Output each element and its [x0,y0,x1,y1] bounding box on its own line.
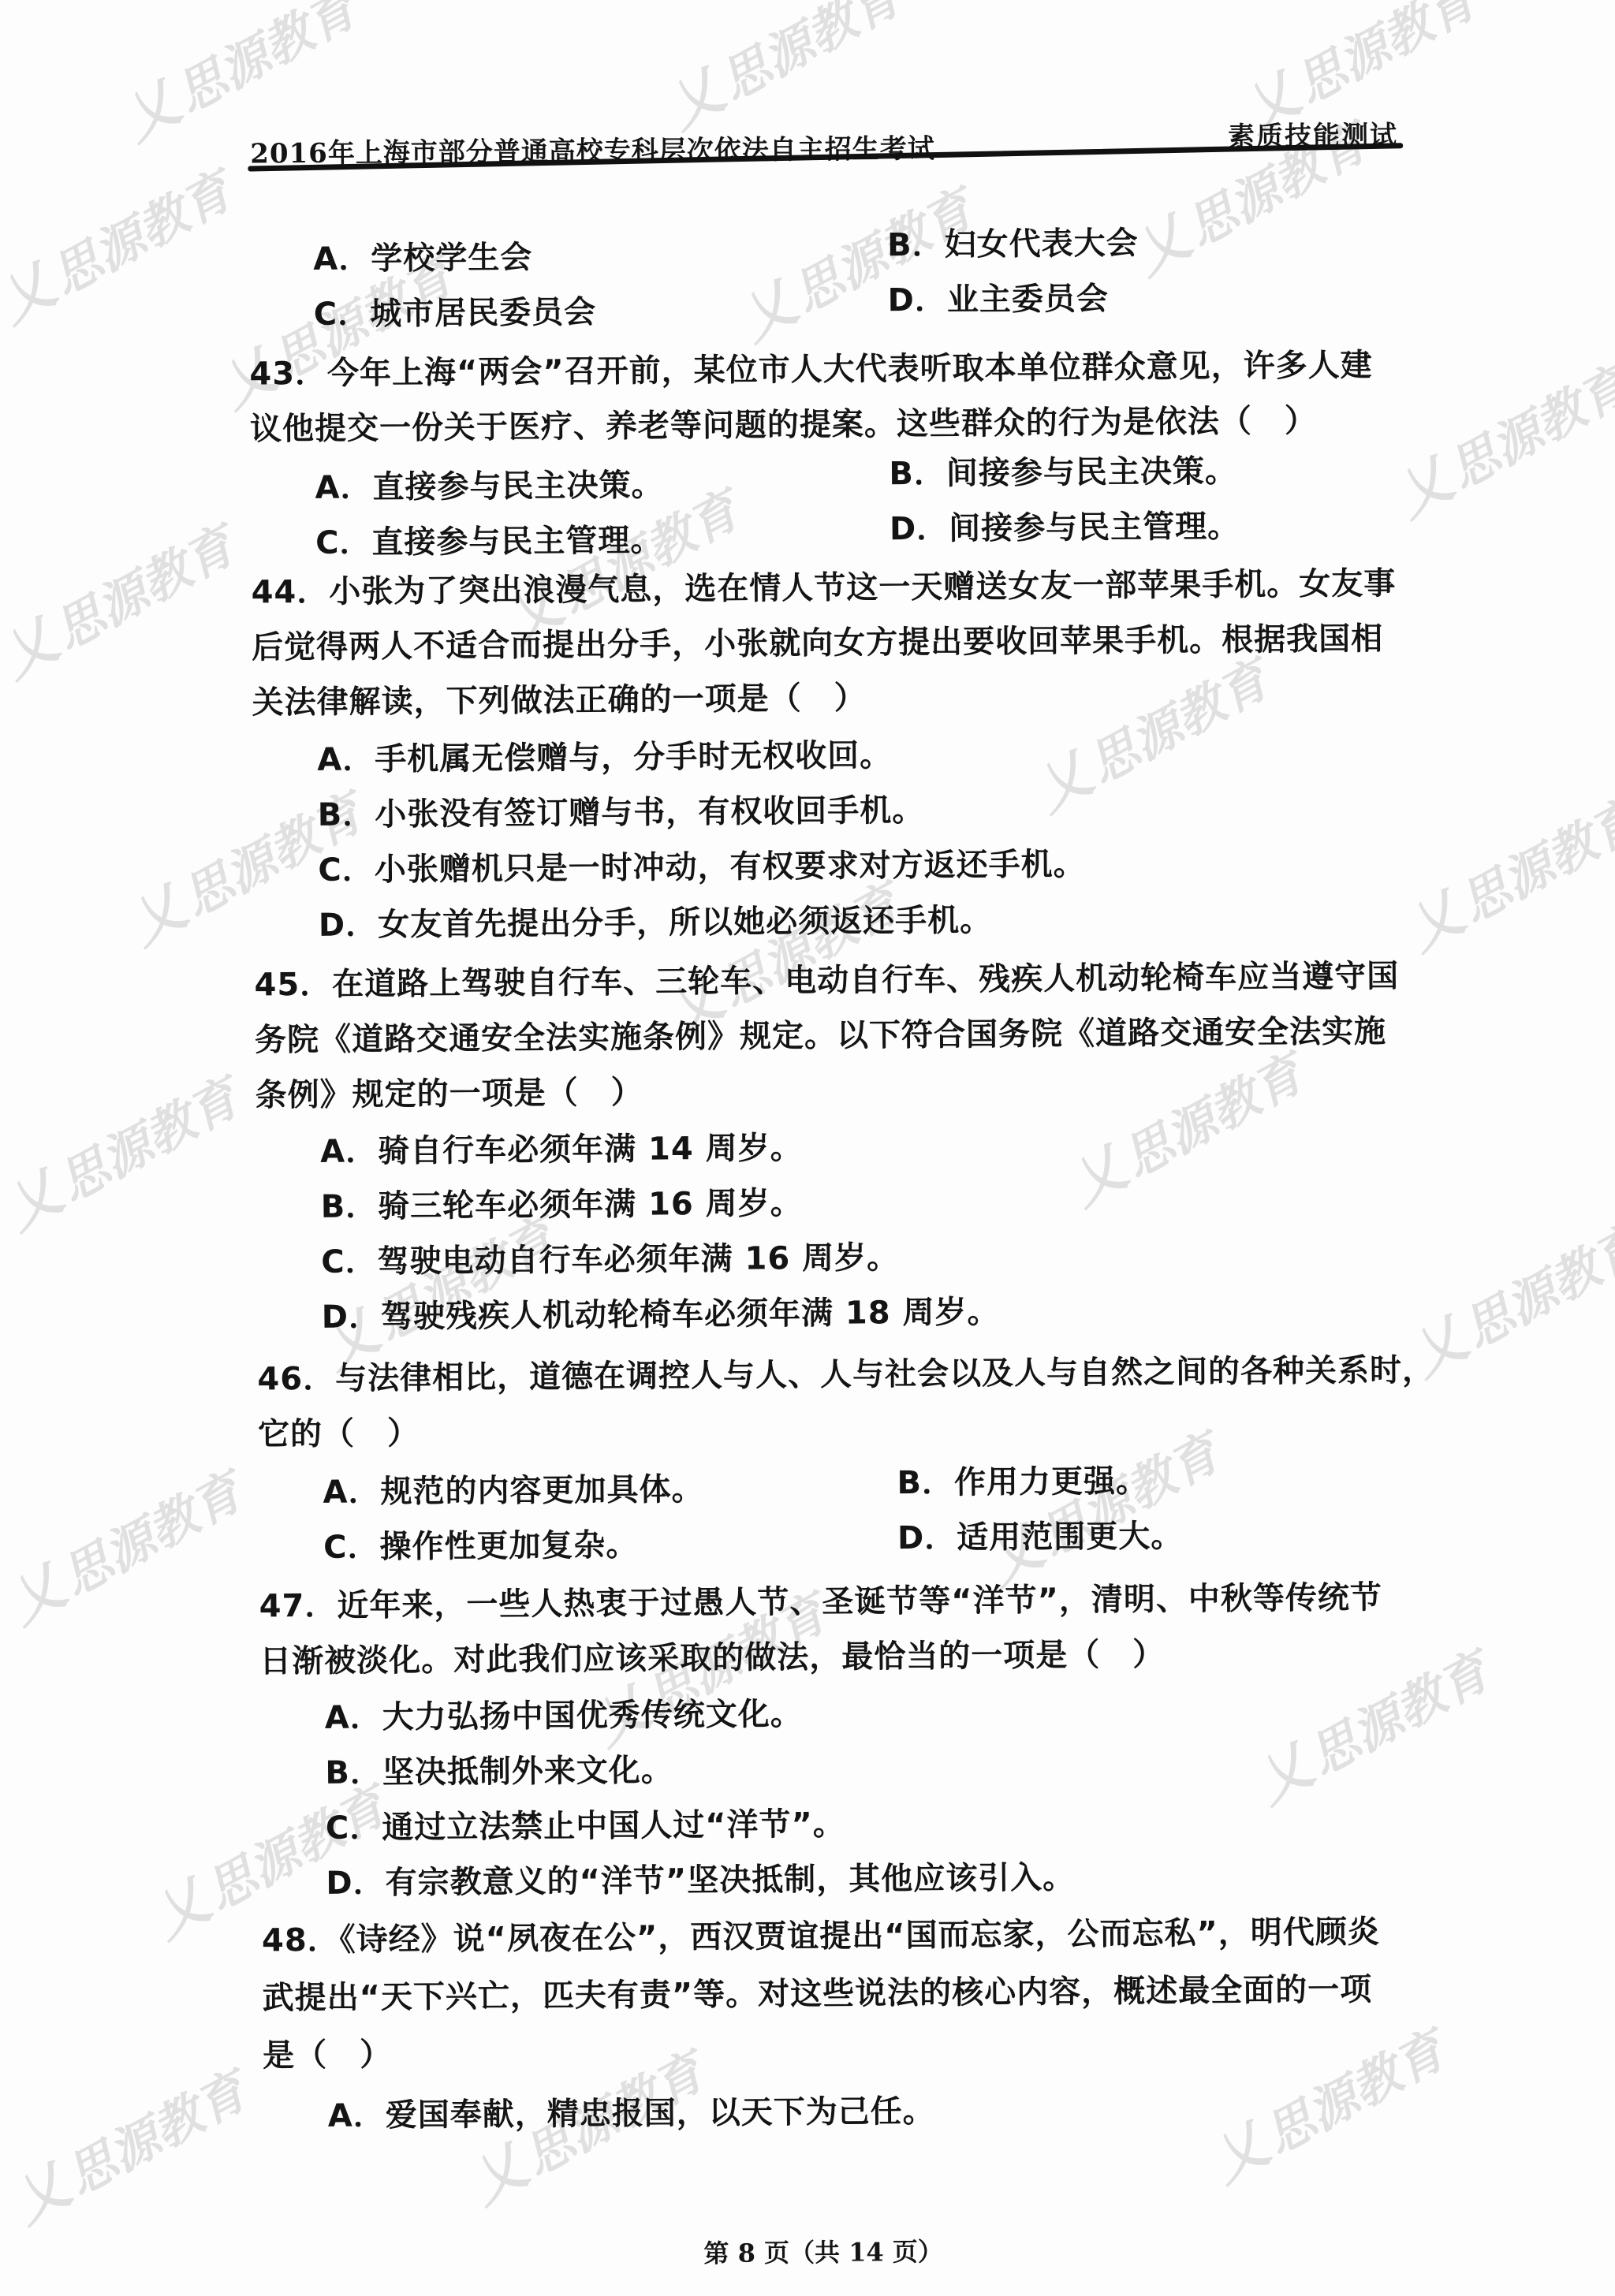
watermark: 乂思源教育 [968,1408,1231,1600]
option-b: B．坚决抵制外来文化。 [325,1751,673,1791]
option-d: D．女友首先提出分手，所以她必须返还手机。 [319,901,993,945]
watermark: 乂思源教育 [0,1053,251,1245]
option-c: C．通过立法禁止中国人过“洋节”。 [326,1806,845,1847]
watermark-logo-icon: 乂 [106,60,192,156]
watermark: 乂思源教育 [0,501,246,693]
question-43: 43．今年上海“两会”召开前，某位市人大代表听取本单位群众意见，许多人建 议他提… [0,0,1613,6]
watermark-logo-icon: 乂 [0,242,67,338]
question-text-line: 它的（ ） [258,1414,420,1454]
option-b: B．间接参与民主决策。 [889,453,1237,493]
watermark-logo-icon: 乂 [112,864,199,960]
option-a: A．规范的内容更加具体。 [323,1470,703,1511]
watermark-logo-icon: 乂 [1238,1722,1325,1818]
option-c: C．小张赠机只是一时冲动，有权要求对方返还手机。 [318,845,1086,889]
watermark: 乂思源教育 [1389,774,1615,966]
watermark: 乂思源教育 [0,2047,259,2238]
option-b: B．小张没有签订赠与书，有权收回手机。 [318,792,925,834]
question-text-line: 47．近年来，一些人热衷于过愚人节、圣诞节等“洋节”，清明、中秋等传统节 [259,1578,1383,1625]
watermark-logo-icon: 乂 [1194,2101,1281,2197]
option-c: C．城市居民委员会 [314,293,597,334]
option-d: D．业主委员会 [888,280,1110,319]
question-text-line: 日渐被淡化。对此我们应该采取的做法，最恰当的一项是（ ） [259,1635,1165,1680]
watermark-layer: 乂思源教育 乂思源教育 乂思源教育 乂思源教育 乂思源教育 乂思源教育 乂思源教… [0,0,1613,6]
option-b: B．妇女代表大会 [887,225,1139,265]
option-b: B．骑三轮车必须年满 16 周岁。 [321,1184,803,1226]
watermark: 乂思源教育 [1194,2006,1456,2197]
question-48: 48．《诗经》说“夙夜在公”，西汉贾谊提出“国而忘家，公而忘私”，明代顾炎 武提… [0,0,1613,6]
option-a: A．爱国奉献，精忠报国，以天下为己任。 [328,2093,935,2135]
watermark-logo-icon: 乂 [1018,731,1105,827]
watermark-logo-icon: 乂 [136,1857,222,1953]
watermark: 乂思源教育 [1052,1029,1315,1221]
option-d: D．适用范围更大。 [897,1517,1184,1557]
question-text-line: 务院《道路交通安全法实施条例》规定。以下符合国务院《道路交通安全法实施 [255,1012,1386,1059]
question-text-line: 46．与法律相比，道德在调控人与人、人与社会以及人与自然之间的各种关系时， [257,1351,1434,1399]
watermark-logo-icon: 乂 [0,1149,74,1245]
question-text-line: 关法律解读，下列做法正确的一项是（ ） [252,679,867,721]
question-44: 44．小张为了突出浪漫气息，选在情人节这一天赠送女友一部苹果手机。女友事 后觉得… [0,0,1613,6]
watermark: 乂思源教育 [1238,1627,1501,1818]
watermark-logo-icon: 乂 [0,1543,77,1639]
option-d: D．间接参与民主管理。 [890,508,1240,548]
question-text-line: 后觉得两人不适合而提出分手，小张就向女方提出要收回苹果手机。根据我国相 [252,620,1383,666]
question-text-line: 48．《诗经》说“夙夜在公”，西汉贾谊提出“国而忘家，公而忘私”，明代顾炎 [262,1913,1380,1959]
option-c: C．操作性更加复杂。 [323,1526,639,1567]
option-c: C．直接参与民主管理。 [315,521,663,561]
option-a: A．学校学生会 [313,239,532,278]
option-d: D．有宗教意义的“洋节”坚决抵制，其他应该引入。 [326,1858,1075,1902]
question-text-line: 武提出“天下兴亡，匹夫有责”等。对这些说法的核心内容，概述最全面的一项 [262,1970,1372,2017]
watermark: 乂思源教育 [1018,635,1281,827]
question-47: 47．近年来，一些人热衷于过愚人节、圣诞节等“洋节”，清明、中秋等传统节 日渐被… [0,0,1613,6]
watermark: 乂思源教育 [1378,341,1615,532]
watermark: 乂思源教育 [0,147,244,338]
watermark-logo-icon: 乂 [722,259,809,356]
watermark-logo-icon: 乂 [1378,436,1465,532]
option-a: A．手机属无偿赠与，分手时无权收回。 [317,736,892,779]
question-text-line: 议他提交一份关于医疗、养老等问题的提案。这些群众的行为是依法（ ） [250,402,1317,449]
watermark-logo-icon: 乂 [1389,870,1476,966]
option-a: A．大力弘扬中国优秀传统文化。 [325,1695,803,1737]
question-45: 45．在道路上驾驶自行车、三轮车、电动自行车、残疾人机动轮椅车应当遵守国 务院《… [0,0,1613,6]
option-a: A．骑自行车必须年满 14 周岁。 [320,1129,803,1171]
watermark: 乂思源教育 [0,1448,254,1639]
question-text-line: 条例》规定的一项是（ ） [255,1074,643,1115]
question-text-line: 43．今年上海“两会”召开前，某位市人大代表听取本单位群众意见，许多人建 [249,346,1373,393]
question-46: 46．与法律相比，道德在调控人与人、人与社会以及人与自然之间的各种关系时， 它的… [0,0,1613,6]
watermark-logo-icon: 乂 [0,597,70,693]
watermark-logo-icon: 乂 [453,2123,539,2219]
watermark-logo-icon: 乂 [1052,1124,1139,1221]
watermark: 乂思源教育 [650,0,912,143]
option-b: B．作用力更强。 [897,1463,1148,1503]
exam-page: 乂思源教育 乂思源教育 乂思源教育 乂思源教育 乂思源教育 乂思源教育 乂思源教… [0,0,1615,2296]
page-number: 第 8 页（共 14 页） [16,2227,1615,2275]
question-text-line: 是（ ） [263,2036,392,2074]
option-a: A．直接参与民主决策。 [315,466,663,506]
option-c: C．驾驶电动自行车必须年满 16 周岁。 [321,1239,899,1281]
watermark-logo-icon: 乂 [0,2142,82,2238]
question-text-line: 44．小张为了突出浪漫气息，选在情人节这一天赠送女友一部苹果手机。女友事 [251,565,1396,611]
question-text-line: 45．在道路上驾驶自行车、三轮车、电动自行车、残疾人机动轮椅车应当遵守国 [254,957,1399,1004]
option-d: D．驾驶残疾人机动轮椅车必须年满 18 周岁。 [322,1293,1000,1336]
question-42-options: A．学校学生会 B．妇女代表大会 C．城市居民委员会 D．业主委员会 [0,0,1613,6]
